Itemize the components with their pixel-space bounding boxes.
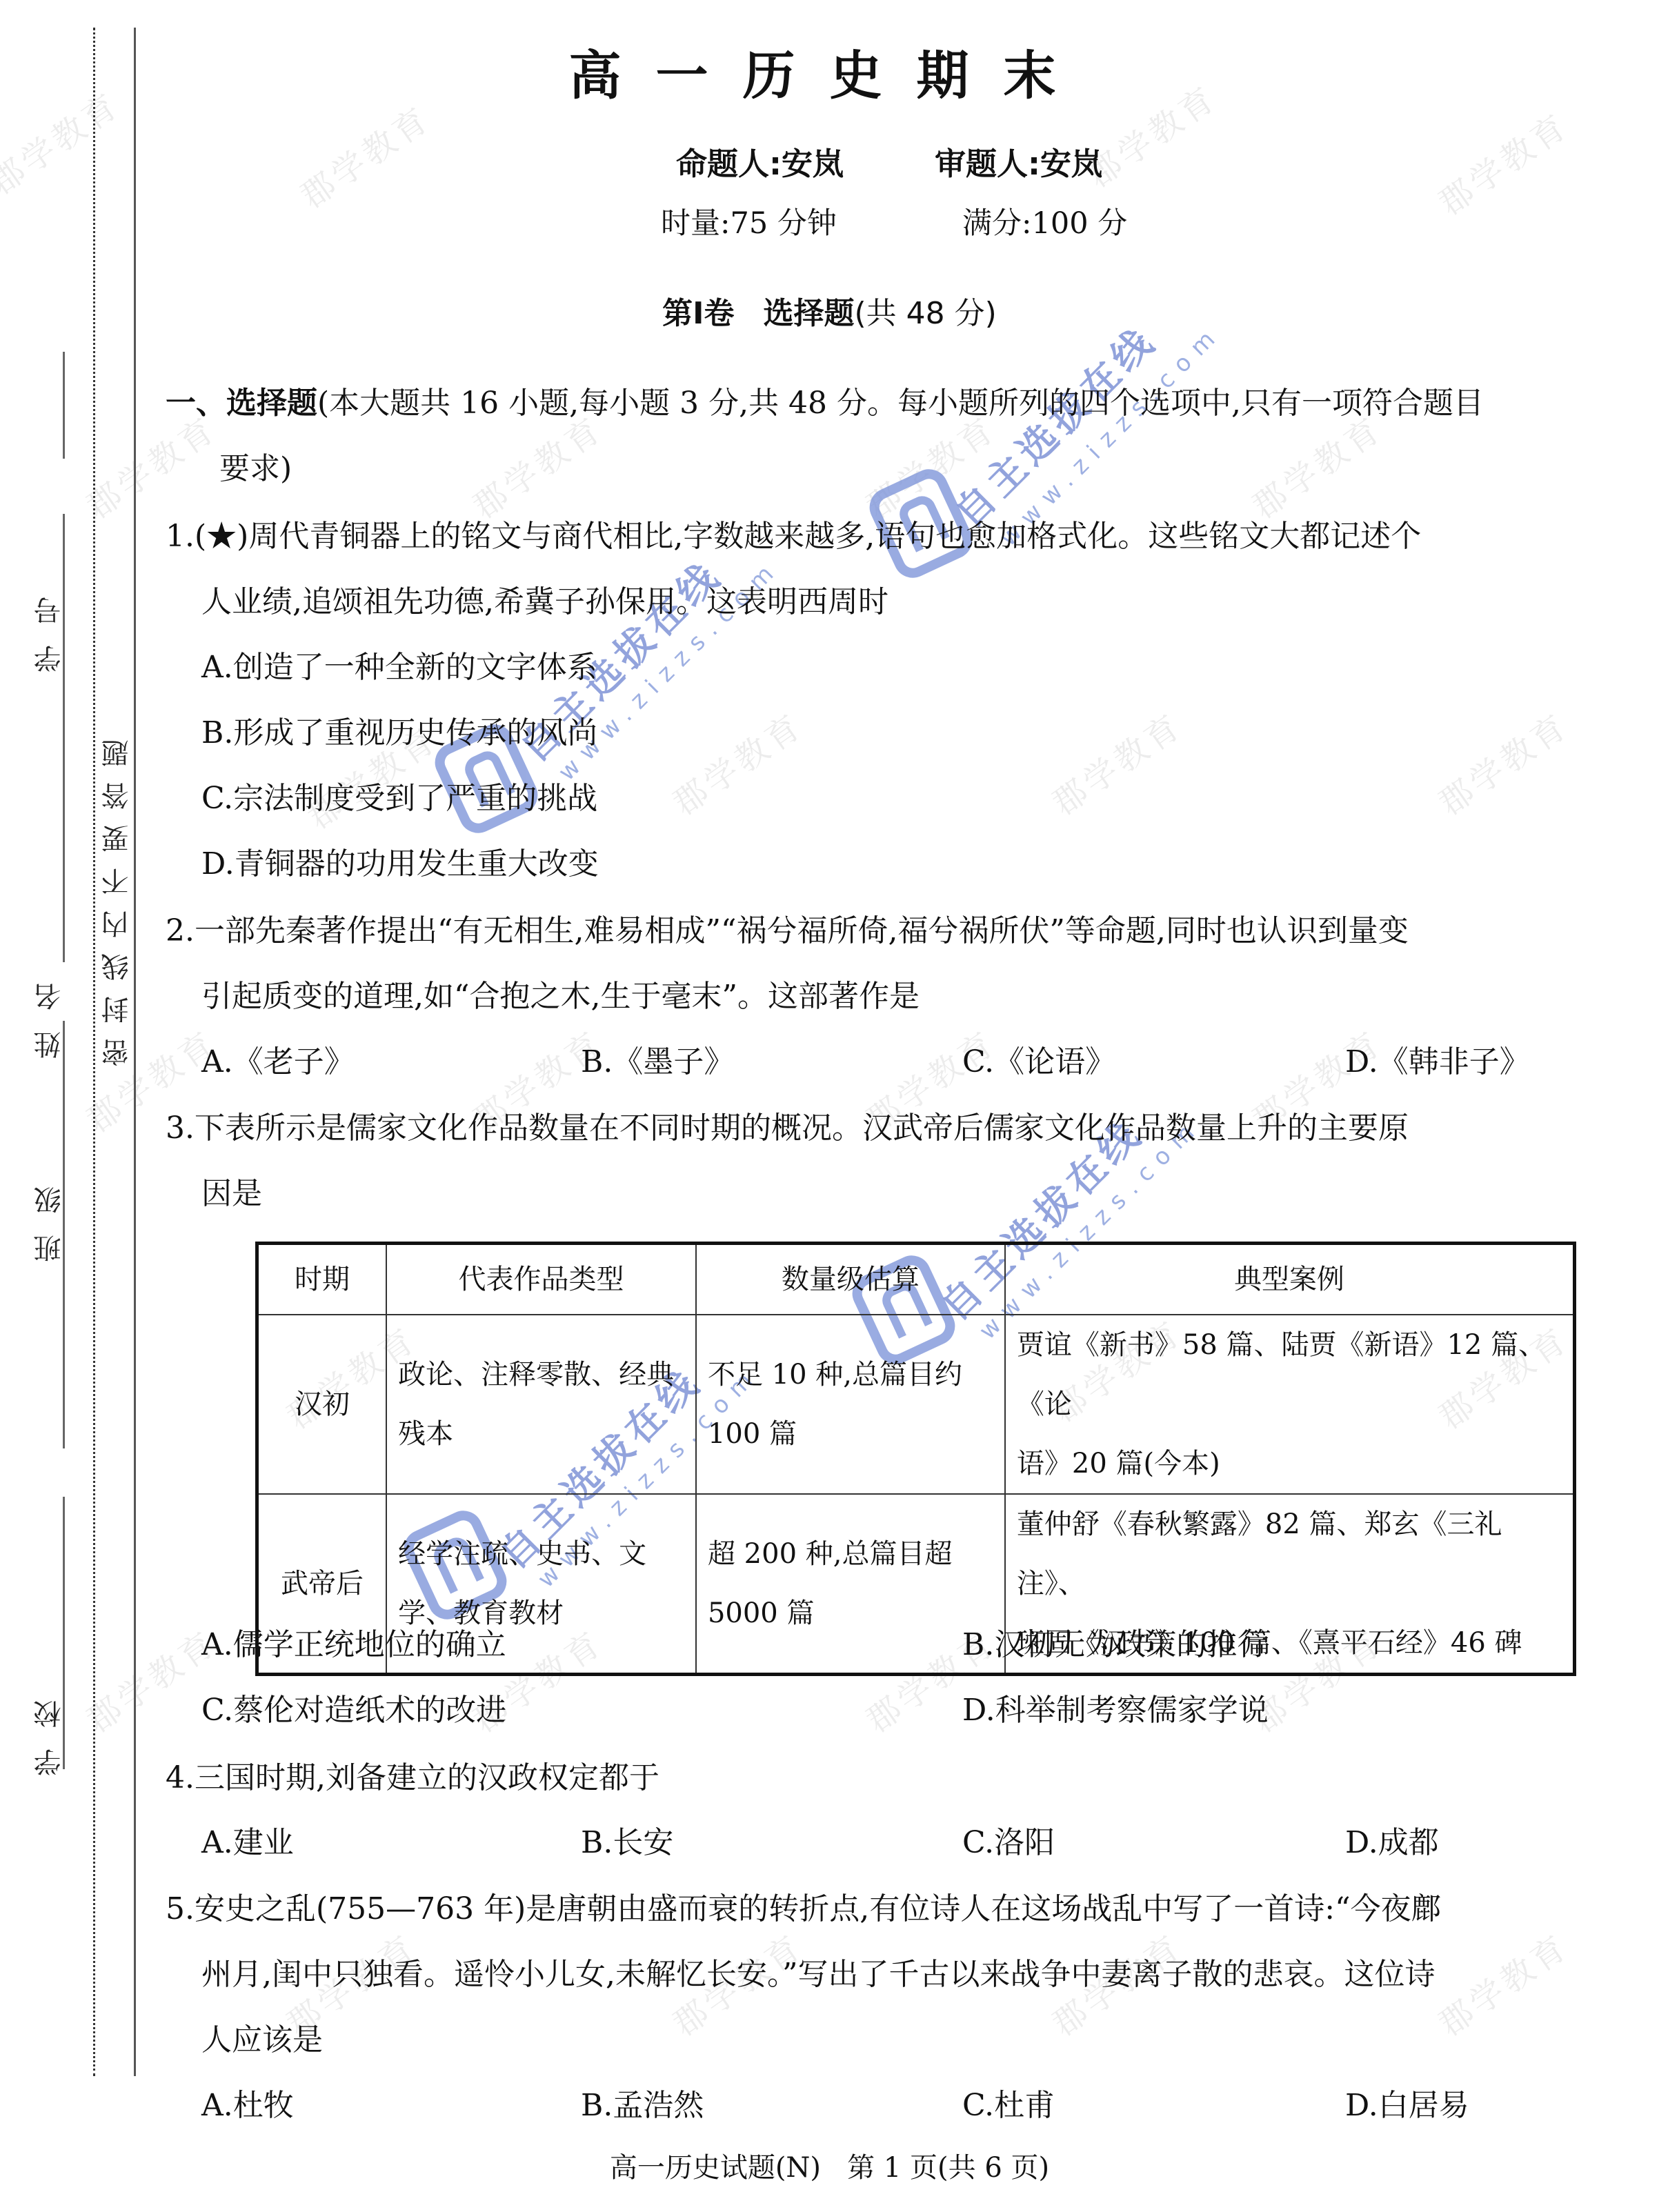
option-label: C. — [962, 1825, 994, 1860]
field-label-school: 学校 — [34, 1680, 65, 1776]
section-heading: 一、选择题 — [166, 386, 317, 421]
cell-line: 语》20 篇(今本) — [1017, 1434, 1562, 1493]
table-cell-period: 汉初 — [257, 1315, 387, 1494]
question-stem-text: 三国时期,刘备建立的汉政权定都于 — [195, 1760, 659, 1795]
option-label: C. — [962, 2088, 994, 2123]
option-text: 白居易 — [1378, 2088, 1469, 2123]
option-text: 创造了一种全新的文字体系 — [233, 650, 597, 685]
question-number: 1. — [166, 519, 195, 554]
option-label: B. — [962, 1627, 994, 1662]
field-label-class: 班级 — [34, 1166, 65, 1262]
question-number: 2. — [166, 913, 195, 948]
table-header: 典型案例 — [1005, 1244, 1575, 1315]
option-c[interactable]: C.《论语》 — [962, 1042, 1115, 1083]
option-text: 《韩非子》 — [1378, 1044, 1530, 1079]
question-number: 3. — [166, 1110, 195, 1146]
cell-line: 5000 篇 — [708, 1584, 993, 1643]
reviewer-label: 审题人:安岚 — [935, 143, 1102, 185]
option-label: D. — [201, 846, 235, 881]
field-label-name: 姓名 — [34, 962, 65, 1059]
option-text: 科举制考察儒家学说 — [995, 1693, 1269, 1728]
option-text: 《墨子》 — [613, 1044, 734, 1079]
watermark-grey: 郡学教育 — [1428, 699, 1578, 824]
question-stem-line: 引起质变的道理,如“合抱之木,生于毫末”。这部著作是 — [201, 976, 920, 1017]
table-cell-estimate: 超 200 种,总篇目超5000 篇 — [696, 1494, 1005, 1675]
option-label: A. — [201, 650, 233, 685]
question-stem-text: 安史之乱(755—763 年)是唐朝由盛而衰的转折点,有位诗人在这场战乱中写了一… — [195, 1891, 1442, 1926]
question-stem-text: 一部先秦著作提出“有无相生,难易相成”“祸兮福所倚,福兮祸所伏”等命题,同时也认… — [195, 913, 1409, 948]
table-cell-estimate: 不足 10 种,总篇目约100 篇 — [696, 1315, 1005, 1494]
watermark-grey: 郡学教育 — [1042, 699, 1191, 824]
page-footer: 高一历史试题(N) 第 1 页(共 6 页) — [0, 2149, 1659, 2187]
option-d[interactable]: D.白居易 — [1345, 2085, 1469, 2126]
duration-label: 时量:75 分钟 — [661, 203, 837, 244]
question-stem-line: 州月,闺中只独看。遥怜小儿女,未解忆长安。”写出了千古以来战争中妻离子散的悲哀。… — [201, 1954, 1435, 1995]
table-header: 数量级估算 — [696, 1244, 1005, 1315]
option-a[interactable]: A.儒学正统地位的确立 — [201, 1624, 506, 1666]
instruction-line: 一、选择题(本大题共 16 小题,每小题 3 分,共 48 分。每小题所列的四个… — [166, 383, 1484, 424]
option-label: A. — [201, 2088, 233, 2123]
seal-notice: 密封线内不要答题 — [102, 724, 132, 1066]
cell-line: 贾谊《新书》58 篇、陆贾《新语》12 篇、《论 — [1017, 1315, 1562, 1434]
cell-line: 政论、注释零散、经典 — [398, 1345, 684, 1404]
instruction-line-2: 要求) — [219, 448, 292, 490]
option-c[interactable]: C.杜甫 — [962, 2085, 1055, 2126]
option-label: C. — [201, 1693, 233, 1728]
fold-line-dotted — [93, 28, 95, 2076]
option-label: D. — [1345, 1825, 1378, 1860]
option-d[interactable]: D.《韩非子》 — [1345, 1042, 1530, 1083]
seal-line — [134, 28, 136, 2076]
question-stem-line: 因是 — [201, 1173, 262, 1215]
cell-line: 残本 — [398, 1404, 684, 1464]
option-text: 汉初无为政策的推行 — [994, 1627, 1267, 1662]
option-text: 杜牧 — [233, 2088, 294, 2123]
option-text: 蔡伦对造纸术的改进 — [233, 1693, 506, 1728]
table-header-row: 时期 代表作品类型 数量级估算 典型案例 — [257, 1244, 1575, 1315]
question-stem-line: 3.下表所示是儒家文化作品数量在不同时期的概况。汉武帝后儒家文化作品数量上升的主… — [166, 1108, 1409, 1149]
question-stem-text: (★)周代青铜器上的铭文与商代相比,字数越来越多,语句也愈加格式化。这些铭文大都… — [195, 519, 1421, 554]
watermark-grey: 郡学教育 — [662, 699, 812, 824]
part-score: (共 48 分) — [855, 296, 997, 331]
option-d[interactable]: D.青铜器的功用发生重大改变 — [201, 844, 599, 885]
question-stem-line: 4.三国时期,刘备建立的汉政权定都于 — [166, 1757, 659, 1799]
part-label: 第Ⅰ卷 — [662, 296, 734, 331]
instruction-text: (本大题共 16 小题,每小题 3 分,共 48 分。每小题所列的四个选项中,只… — [317, 386, 1484, 421]
full-score-label: 满分:100 分 — [962, 203, 1127, 244]
option-c[interactable]: C.宗法制度受到了严重的挑战 — [201, 778, 597, 819]
option-c[interactable]: C.洛阳 — [962, 1822, 1055, 1864]
part-heading: 第Ⅰ卷 选择题(共 48 分) — [0, 293, 1659, 335]
field-label-student-id: 学号 — [34, 576, 65, 672]
option-a[interactable]: A.建业 — [201, 1822, 294, 1864]
cell-line: 经学注疏、史书、文 — [398, 1524, 684, 1584]
question-stem-line: 1.(★)周代青铜器上的铭文与商代相比,字数越来越多,语句也愈加格式化。这些铭文… — [166, 516, 1421, 557]
option-label: A. — [201, 1627, 233, 1662]
option-a[interactable]: A.《老子》 — [201, 1042, 355, 1083]
question-number: 5. — [166, 1891, 195, 1926]
option-b[interactable]: B.孟浩然 — [581, 2085, 704, 2126]
table-header: 代表作品类型 — [386, 1244, 696, 1315]
option-text: 杜甫 — [994, 2088, 1055, 2123]
question-stem-line: 人业绩,追颂祖先功德,希冀子孙保用。这表明西周时 — [201, 581, 888, 623]
option-b[interactable]: B.长安 — [581, 1822, 673, 1864]
page-title: 高一历史期末 — [0, 43, 1659, 109]
option-text: 成都 — [1378, 1825, 1439, 1860]
option-label: B. — [581, 1825, 613, 1860]
option-b[interactable]: B.汉初无为政策的推行 — [962, 1624, 1267, 1666]
question-stem-line: 人应该是 — [201, 2020, 323, 2061]
option-text: 青铜器的功用发生重大改变 — [235, 846, 599, 881]
cell-line: 不足 10 种,总篇目约 — [708, 1345, 993, 1404]
option-label: D. — [1345, 1044, 1378, 1079]
table-header: 时期 — [257, 1244, 387, 1315]
option-label: B. — [581, 2088, 613, 2123]
option-label: B. — [201, 715, 233, 750]
watermark-grey: 郡学教育 — [1428, 1920, 1578, 2044]
option-text: 儒学正统地位的确立 — [233, 1627, 506, 1662]
option-label: C. — [201, 781, 233, 816]
option-label: A. — [201, 1044, 233, 1079]
option-label: C. — [962, 1044, 994, 1079]
question-stem-line: 5.安史之乱(755—763 年)是唐朝由盛而衰的转折点,有位诗人在这场战乱中写… — [166, 1889, 1442, 1930]
watermark-grey: 郡学教育 — [290, 92, 439, 217]
table-row: 汉初 政论、注释零散、经典残本 不足 10 种,总篇目约100 篇 贾谊《新书》… — [257, 1315, 1575, 1494]
watermark-brand: 自主选拔在线 — [940, 312, 1166, 538]
author-label: 命题人:安岚 — [676, 143, 844, 185]
option-label: B. — [581, 1044, 613, 1079]
cell-line: 100 篇 — [708, 1404, 993, 1464]
table-cell-examples: 贾谊《新书》58 篇、陆贾《新语》12 篇、《论语》20 篇(今本) — [1005, 1315, 1575, 1494]
option-b[interactable]: B.《墨子》 — [581, 1042, 734, 1083]
part-title: 选择题 — [764, 296, 855, 331]
option-a[interactable]: A.创造了一种全新的文字体系 — [201, 647, 597, 688]
option-b[interactable]: B.形成了重视历史传承的风尚 — [201, 713, 597, 754]
option-c[interactable]: C.蔡伦对造纸术的改进 — [201, 1690, 506, 1731]
watermark-grey: 郡学教育 — [1428, 99, 1578, 223]
option-text: 建业 — [233, 1825, 294, 1860]
option-d[interactable]: D.科举制考察儒家学说 — [962, 1690, 1269, 1731]
option-text: 形成了重视历史传承的风尚 — [233, 715, 597, 750]
option-text: 宗法制度受到了严重的挑战 — [233, 781, 597, 816]
question-number: 4. — [166, 1760, 195, 1795]
option-label: D. — [1345, 2088, 1378, 2123]
option-text: 《论语》 — [994, 1044, 1115, 1079]
question-stem-line: 2.一部先秦著作提出“有无相生,难易相成”“祸兮福所倚,福兮祸所伏”等命题,同时… — [166, 910, 1409, 952]
question-stem-text: 下表所示是儒家文化作品数量在不同时期的概况。汉武帝后儒家文化作品数量上升的主要原 — [195, 1110, 1409, 1146]
cell-line: 董仲舒《春秋繁露》82 篇、郑玄《三礼注》、 — [1017, 1495, 1562, 1613]
option-text: 长安 — [613, 1825, 673, 1860]
table-cell-types: 政论、注释零散、经典残本 — [386, 1315, 696, 1494]
works-table: 时期 代表作品类型 数量级估算 典型案例 汉初 政论、注释零散、经典残本 不足 … — [255, 1242, 1576, 1676]
option-text: 洛阳 — [994, 1825, 1055, 1860]
option-label: A. — [201, 1825, 233, 1860]
option-text: 《老子》 — [233, 1044, 355, 1079]
option-d[interactable]: D.成都 — [1345, 1822, 1439, 1864]
cell-line: 超 200 种,总篇目超 — [708, 1524, 993, 1584]
option-text: 孟浩然 — [613, 2088, 704, 2123]
option-a[interactable]: A.杜牧 — [201, 2085, 294, 2126]
student-id-fill-line[interactable] — [63, 352, 65, 459]
option-label: D. — [962, 1693, 995, 1728]
